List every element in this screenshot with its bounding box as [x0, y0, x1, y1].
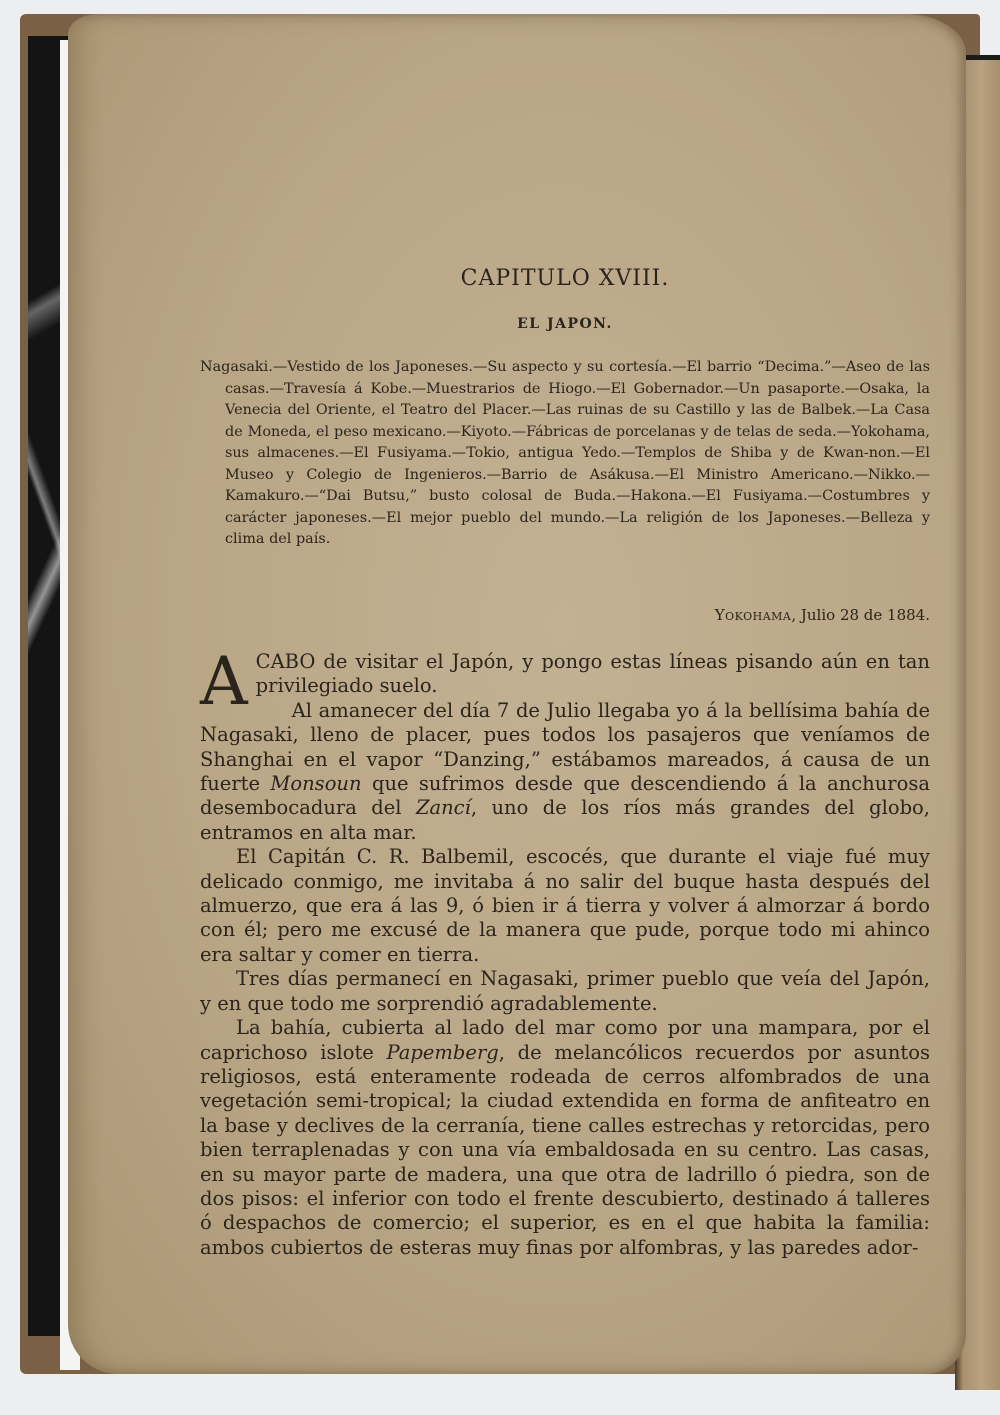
chapter-summary: Nagasaki.—Vestido de los Japoneses.—Su a…	[200, 357, 930, 551]
paragraph-1: ACABO de visitar el Japón, y pongo estas…	[200, 650, 930, 699]
book-page: CAPITULO XVIII. EL JAPON. Nagasaki.—Vest…	[68, 14, 966, 1374]
p2-italic-monsoun: Monsoun	[270, 772, 361, 795]
dateline-place: Yokohama	[715, 606, 792, 624]
p5-italic-papemberg: Papemberg	[387, 1041, 499, 1064]
paragraph-3: El Capitán C. R. Balbemil, escocés, que …	[200, 845, 930, 967]
paragraph-5: La bahía, cubierta al lado del mar como …	[200, 1016, 930, 1260]
p5-text-b: , de melancólicos recuerdos por asuntos …	[200, 1041, 930, 1259]
summary-text: Nagasaki.—Vestido de los Japoneses.—Su a…	[225, 357, 930, 551]
chapter-subtitle: EL JAPON.	[200, 316, 930, 332]
p2-italic-zanci: Zancí	[416, 796, 471, 819]
paragraph-2: Al amanecer del día 7 de Julio llegaba y…	[200, 699, 930, 845]
dateline-date: , Julio 28 de 1884.	[791, 606, 930, 624]
dateline: Yokohama, Julio 28 de 1884.	[715, 606, 930, 624]
drop-cap: A	[200, 654, 248, 710]
paragraph-1-text: CABO de visitar el Japón, y pongo estas …	[256, 650, 930, 697]
body-text: ACABO de visitar el Japón, y pongo estas…	[200, 650, 930, 1260]
paragraph-4: Tres días permanecí en Nagasaki, primer …	[200, 967, 930, 1016]
chapter-title: CAPITULO XVIII.	[200, 266, 930, 291]
